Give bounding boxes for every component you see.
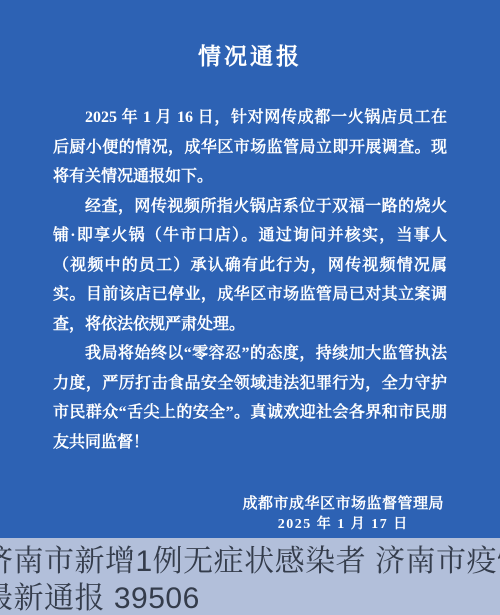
caption-headline-line-1: 济南市新增1例无症状感染者 济南市疫情防控 xyxy=(0,543,500,580)
screenshot-root: 情况通报 2025 年 1 月 16 日，针对网传成都一火锅店员工在后厨小便的情… xyxy=(0,0,500,615)
notice-paragraph-1: 2025 年 1 月 16 日，针对网传成都一火锅店员工在后厨小便的情况，成华区… xyxy=(53,103,447,192)
notice-date: 2025 年 1 月 17 日 xyxy=(242,515,444,535)
official-notice: 情况通报 2025 年 1 月 16 日，针对网传成都一火锅店员工在后厨小便的情… xyxy=(0,0,500,538)
notice-title: 情况通报 xyxy=(0,0,500,72)
notice-paragraph-2: 经查，网传视频所指火锅店系位于双福一路的烧火铺·即享火锅（牛市口店）。通过询问并… xyxy=(53,192,447,340)
caption-headline-line-2: 最新通报 39506 xyxy=(0,580,500,615)
signature-block: 成都市成华区市场监督管理局 2025 年 1 月 17 日 xyxy=(242,494,444,535)
notice-body: 2025 年 1 月 16 日，针对网传成都一火锅店员工在后厨小便的情况，成华区… xyxy=(53,103,447,457)
notice-paragraph-3: 我局将始终以“零容忍”的态度，持续加大监管执法力度，严厉打击食品安全领域违法犯罪… xyxy=(53,339,447,457)
issuing-authority: 成都市成华区市场监督管理局 xyxy=(242,494,444,515)
news-caption-bar: 济南市新增1例无症状感染者 济南市疫情防控 最新通报 39506 xyxy=(0,538,500,615)
